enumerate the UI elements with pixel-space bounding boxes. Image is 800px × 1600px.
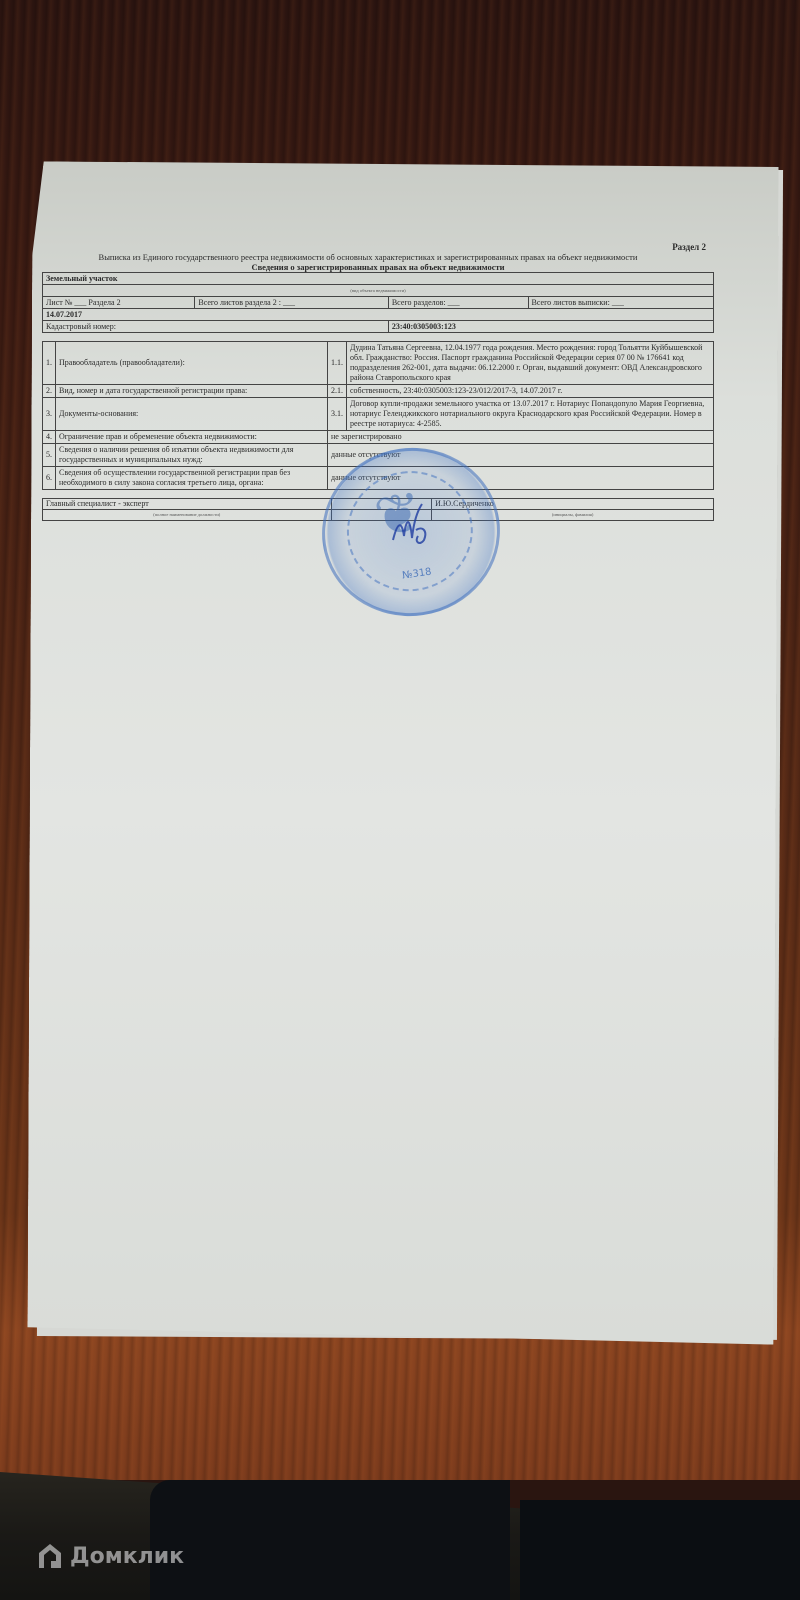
row-label: Документы-основания:	[56, 398, 328, 431]
section-label: Раздел 2	[672, 242, 706, 252]
document-subtitle: Сведения о зарегистрированных правах на …	[42, 262, 714, 272]
row-value: Дудина Татьяна Сергеевна, 12.04.1977 год…	[347, 342, 714, 385]
table-row: 2. Вид, номер и дата государственной рег…	[43, 385, 714, 398]
sheets-in-section: Всего листов раздела 2 : ___	[195, 297, 388, 309]
watermark: Домклик	[36, 1541, 184, 1571]
watermark-brand: Домклик	[70, 1544, 184, 1569]
row-subnumber: 3.1.	[328, 398, 347, 431]
row-value: Договор купли-продажи земельного участка…	[347, 398, 714, 431]
row-label: Сведения о наличии решения об изъятии об…	[56, 444, 328, 467]
object-type: Земельный участок	[43, 273, 714, 285]
handwritten-signature	[388, 500, 438, 550]
row-value: не зарегистрировано	[328, 431, 714, 444]
document-title: Выписка из Единого государственного реес…	[42, 252, 714, 262]
table-row: 3. Документы-основания: 3.1. Договор куп…	[43, 398, 714, 431]
extract-date: 14.07.2017	[43, 309, 714, 321]
object-type-caption: (вид объекта недвижимости)	[43, 285, 714, 297]
dark-object	[150, 1480, 510, 1600]
row-subnumber: 1.1.	[328, 342, 347, 385]
signer-position: Главный специалист - эксперт	[43, 499, 332, 510]
row-number: 6.	[43, 467, 56, 490]
total-sections: Всего разделов: ___	[388, 297, 528, 309]
header-table: Земельный участок (вид объекта недвижимо…	[42, 272, 714, 333]
table-row: 4. Ограничение прав и обременение объект…	[43, 431, 714, 444]
position-caption: (полное наименование должности)	[43, 510, 332, 521]
row-number: 4.	[43, 431, 56, 444]
dark-object	[520, 1500, 800, 1600]
row-number: 1.	[43, 342, 56, 385]
house-logo-icon	[36, 1541, 64, 1571]
sheet-number: Лист № ___ Раздела 2	[43, 297, 195, 309]
row-label: Сведения об осуществлении государственно…	[56, 467, 328, 490]
row-subnumber: 2.1.	[328, 385, 347, 398]
table-row: 1. Правообладатель (правообладатели): 1.…	[43, 342, 714, 385]
cadastral-label: Кадастровый номер:	[43, 321, 389, 333]
row-number: 2.	[43, 385, 56, 398]
row-label: Правообладатель (правообладатели):	[56, 342, 328, 385]
row-label: Ограничение прав и обременение объекта н…	[56, 431, 328, 444]
total-sheets: Всего листов выписки: ___	[528, 297, 713, 309]
row-number: 3.	[43, 398, 56, 431]
row-label: Вид, номер и дата государственной регист…	[56, 385, 328, 398]
row-value: собственность, 23:40:0305003:123-23/012/…	[347, 385, 714, 398]
cadastral-number: 23:40:0305003:123	[388, 321, 713, 333]
row-number: 5.	[43, 444, 56, 467]
